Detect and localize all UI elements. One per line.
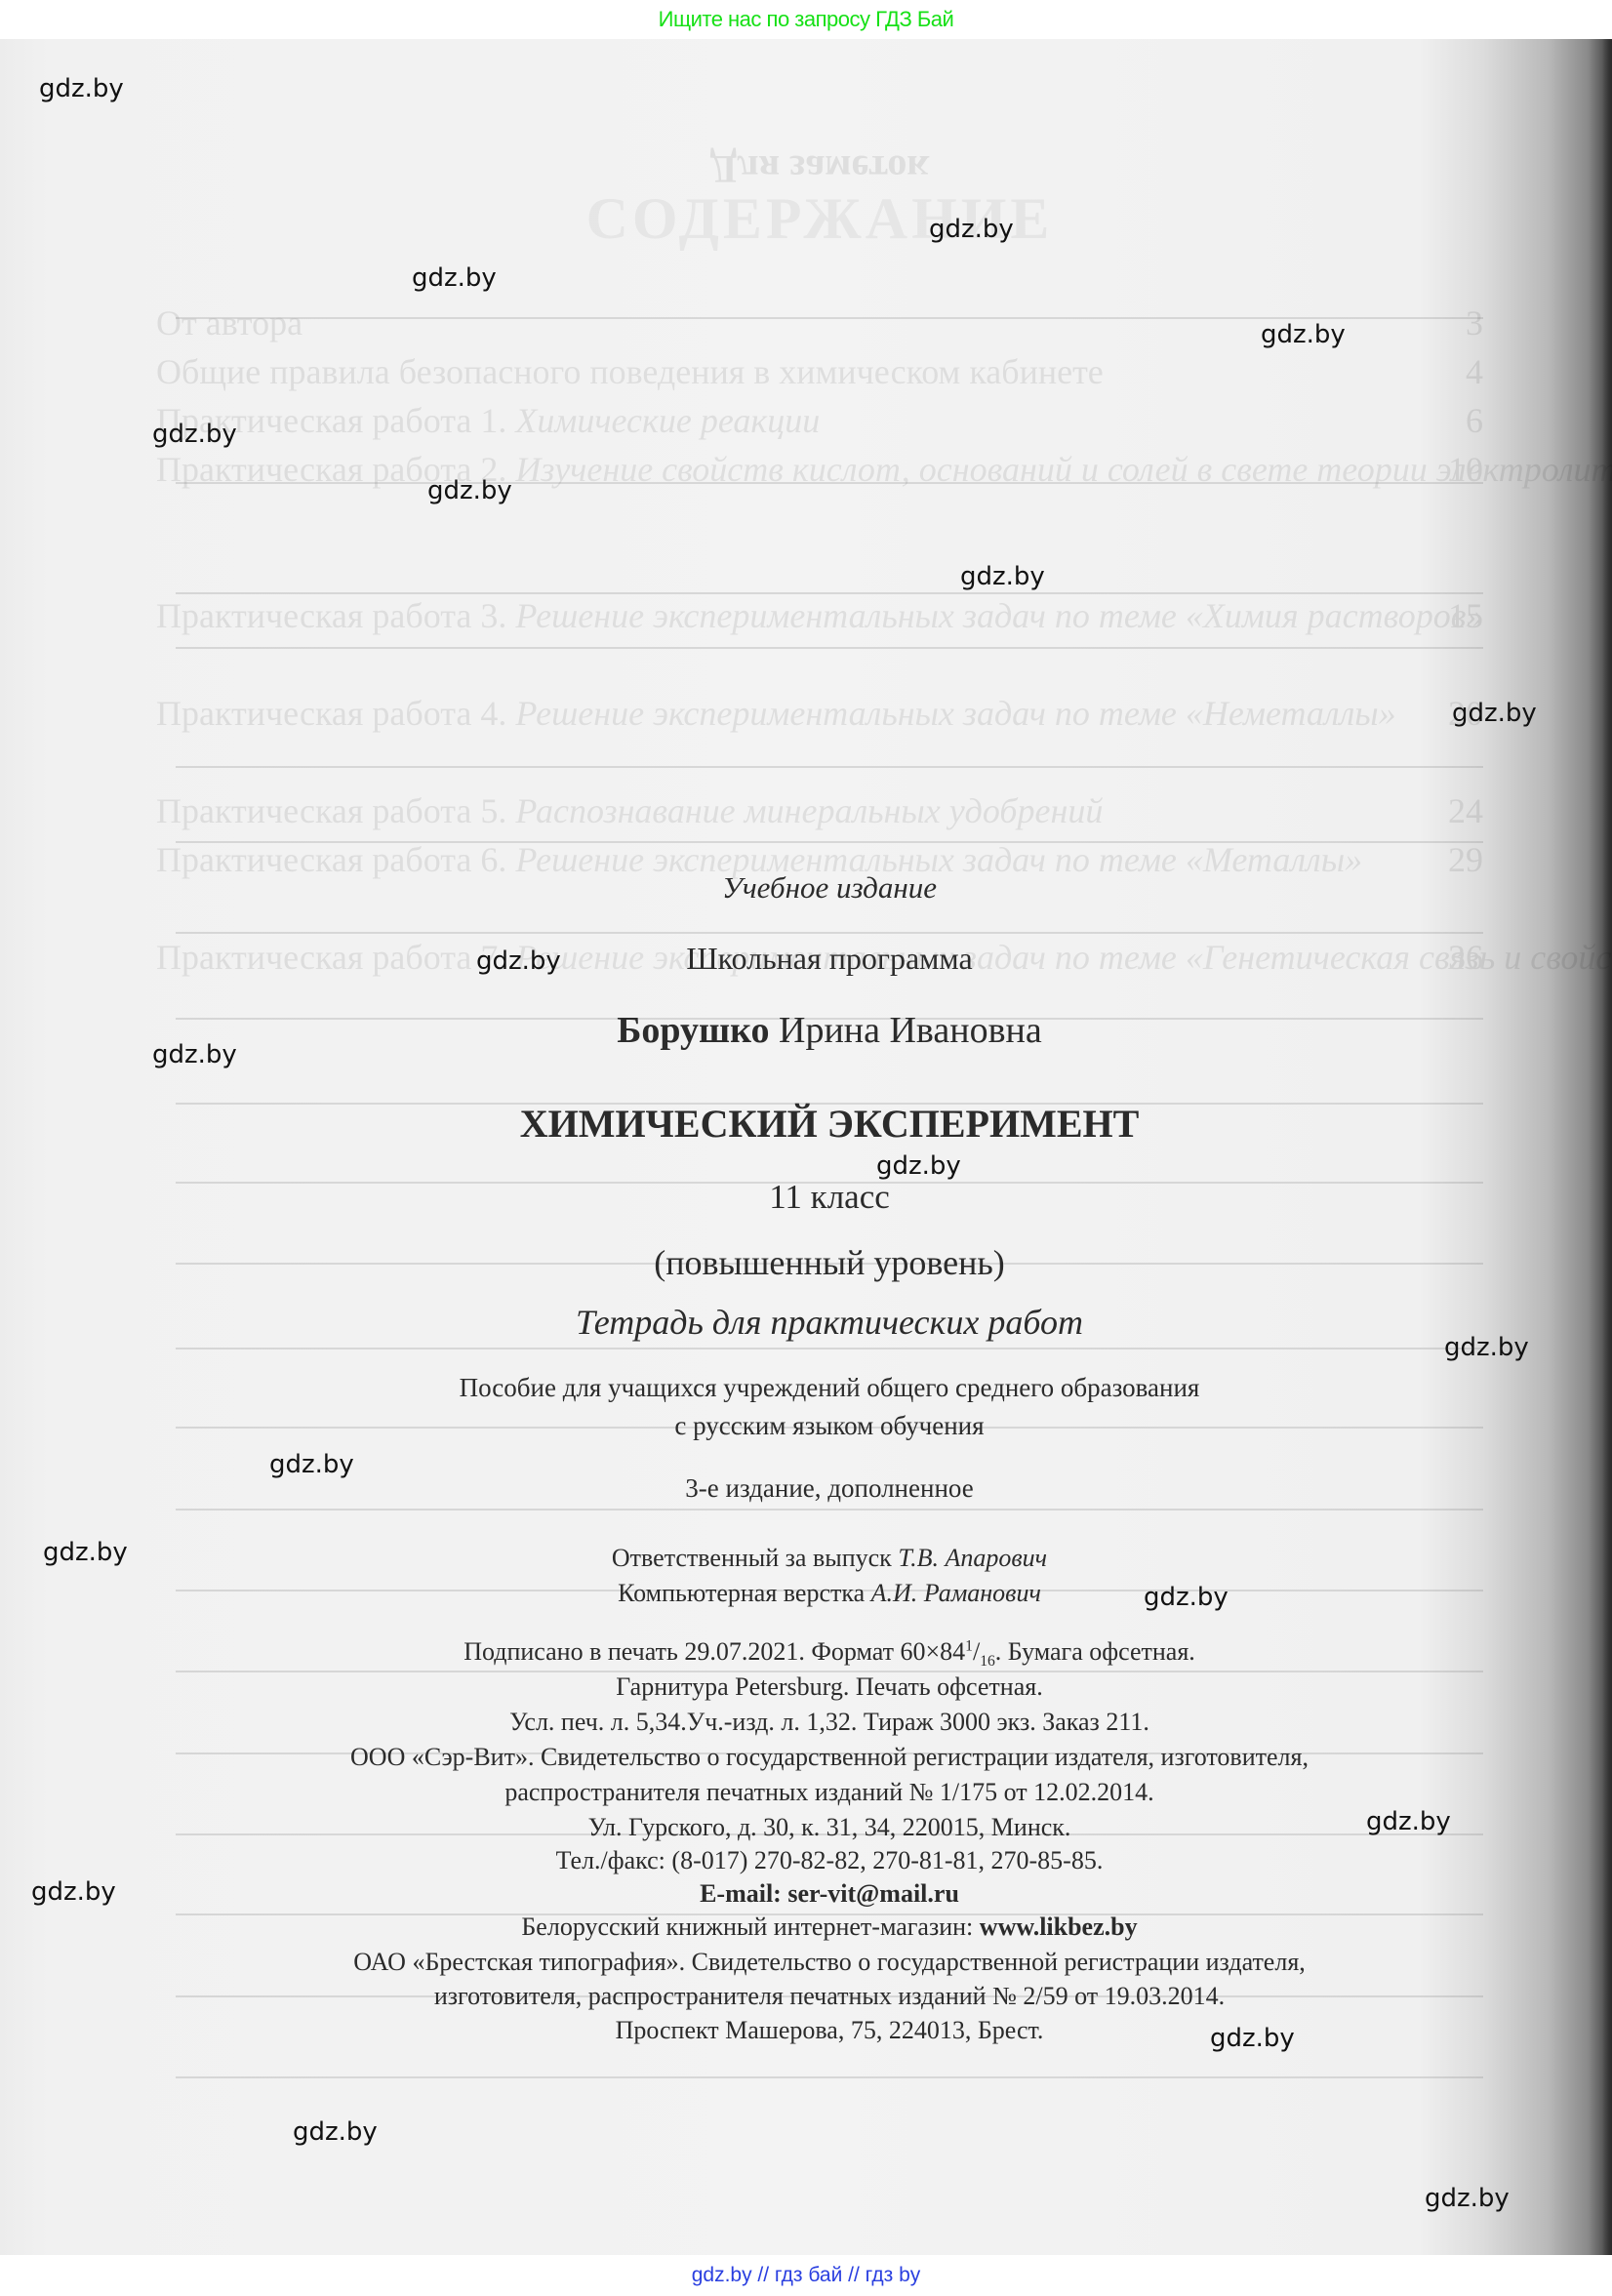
watermark: gdz.by bbox=[1444, 1333, 1529, 1362]
ruled-line bbox=[176, 841, 1483, 843]
ghost-toc-row: Общие правила безопасного поведения в хи… bbox=[156, 351, 1483, 392]
publisher-line-1: ООО «Сэр-Вит». Свидетельство о государст… bbox=[0, 1743, 1612, 1772]
watermark: gdz.by bbox=[39, 74, 124, 103]
watermark: gdz.by bbox=[152, 420, 237, 449]
ruled-line bbox=[176, 317, 1483, 319]
ghost-toc-row: Практическая работа 1. Химические реакци… bbox=[156, 400, 1483, 441]
layout-credit: Компьютерная верстка А.И. Раманович bbox=[0, 1579, 1612, 1608]
author: Борушко Ирина Ивановна bbox=[0, 1009, 1612, 1052]
watermark: gdz.by bbox=[960, 562, 1045, 591]
publisher-line-2: распространителя печатных изданий № 1/17… bbox=[0, 1778, 1612, 1807]
watermark: gdz.by bbox=[293, 2117, 378, 2147]
watermark: gdz.by bbox=[31, 1877, 116, 1907]
publisher-phone: Тел./факс: (8-017) 270-82-82, 270-81-81,… bbox=[0, 1846, 1612, 1875]
watermark: gdz.by bbox=[1144, 1583, 1229, 1612]
series-name: Школьная программа bbox=[0, 941, 1612, 977]
watermark: gdz.by bbox=[43, 1538, 128, 1567]
ruled-line bbox=[176, 2076, 1483, 2078]
watermark: gdz.by bbox=[427, 476, 512, 505]
ruled-line bbox=[176, 482, 1483, 484]
scanned-page: Для заметок СОДЕРЖАНИЕ От автора3 Общие … bbox=[0, 39, 1612, 2255]
ghost-heading: СОДЕРЖАНИЕ bbox=[156, 185, 1483, 253]
print-data: Усл. печ. л. 5,34.Уч.-изд. л. 1,32. Тира… bbox=[0, 1708, 1612, 1737]
book-title: ХИМИЧЕСКИЙ ЭКСПЕРИМЕНТ bbox=[0, 1101, 1612, 1147]
ruled-line bbox=[176, 1509, 1483, 1511]
watermark: gdz.by bbox=[1210, 2024, 1295, 2053]
watermark: gdz.by bbox=[269, 1450, 354, 1479]
printer-line-1: ОАО «Брестская типография». Свидетельств… bbox=[0, 1948, 1612, 1977]
edition-type: Учебное издание bbox=[0, 870, 1612, 906]
bottom-banner[interactable]: gdz.by // гдз бай // гдз by bbox=[0, 2255, 1612, 2296]
ghost-toc-row: Практическая работа 3. Решение экспериме… bbox=[156, 595, 1483, 636]
ruled-line bbox=[176, 932, 1483, 934]
responsible-editor: Ответственный за выпуск Т.В. Апарович bbox=[0, 1544, 1612, 1573]
bookshop: Белорусский книжный интернет-магазин: ww… bbox=[0, 1913, 1612, 1942]
watermark: gdz.by bbox=[152, 1040, 237, 1069]
watermark: gdz.by bbox=[1425, 2184, 1510, 2213]
ruled-line bbox=[176, 647, 1483, 649]
watermark: gdz.by bbox=[412, 263, 497, 293]
ghost-toc-row: Практическая работа 4. Решение экспериме… bbox=[156, 693, 1483, 734]
grade: 11 класс bbox=[0, 1178, 1612, 1217]
level: (повышенный уровень) bbox=[0, 1242, 1612, 1283]
watermark: gdz.by bbox=[1261, 320, 1346, 349]
ruled-line bbox=[176, 766, 1483, 768]
bookshop-link[interactable]: www.likbez.by bbox=[980, 1913, 1138, 1941]
watermark: gdz.by bbox=[876, 1151, 961, 1181]
ghost-toc-row: Практическая работа 5. Распознавание мин… bbox=[156, 790, 1483, 831]
top-banner[interactable]: Ищите нас по запросу ГДЗ Бай bbox=[0, 0, 1612, 39]
watermark: gdz.by bbox=[476, 947, 561, 976]
typeface-info: Гарнитура Petersburg. Печать офсетная. bbox=[0, 1672, 1612, 1702]
subtitle: Тетрадь для практических работ bbox=[0, 1302, 1612, 1343]
printer-line-2: изготовителя, распространителя печатных … bbox=[0, 1982, 1612, 2011]
ruled-line bbox=[176, 1348, 1483, 1349]
watermark: gdz.by bbox=[1366, 1807, 1451, 1836]
publisher-email[interactable]: E-mail: ser-vit@mail.ru bbox=[0, 1879, 1612, 1909]
edition-number: 3-е издание, дополненное bbox=[0, 1473, 1612, 1504]
author-given-name: Ирина Ивановна bbox=[779, 1010, 1042, 1051]
watermark: gdz.by bbox=[929, 215, 1014, 244]
printer-address: Проспект Машерова, 75, 224013, Брест. bbox=[0, 2016, 1612, 2045]
ruled-line bbox=[176, 592, 1483, 594]
signed-to-print: Подписано в печать 29.07.2021. Формат 60… bbox=[0, 1637, 1612, 1671]
audience-line-2: с русским языком обучения bbox=[0, 1411, 1612, 1441]
audience-line-1: Пособие для учащихся учреждений общего с… bbox=[0, 1373, 1612, 1403]
watermark: gdz.by bbox=[1452, 699, 1537, 728]
author-surname: Борушко bbox=[617, 1010, 769, 1051]
